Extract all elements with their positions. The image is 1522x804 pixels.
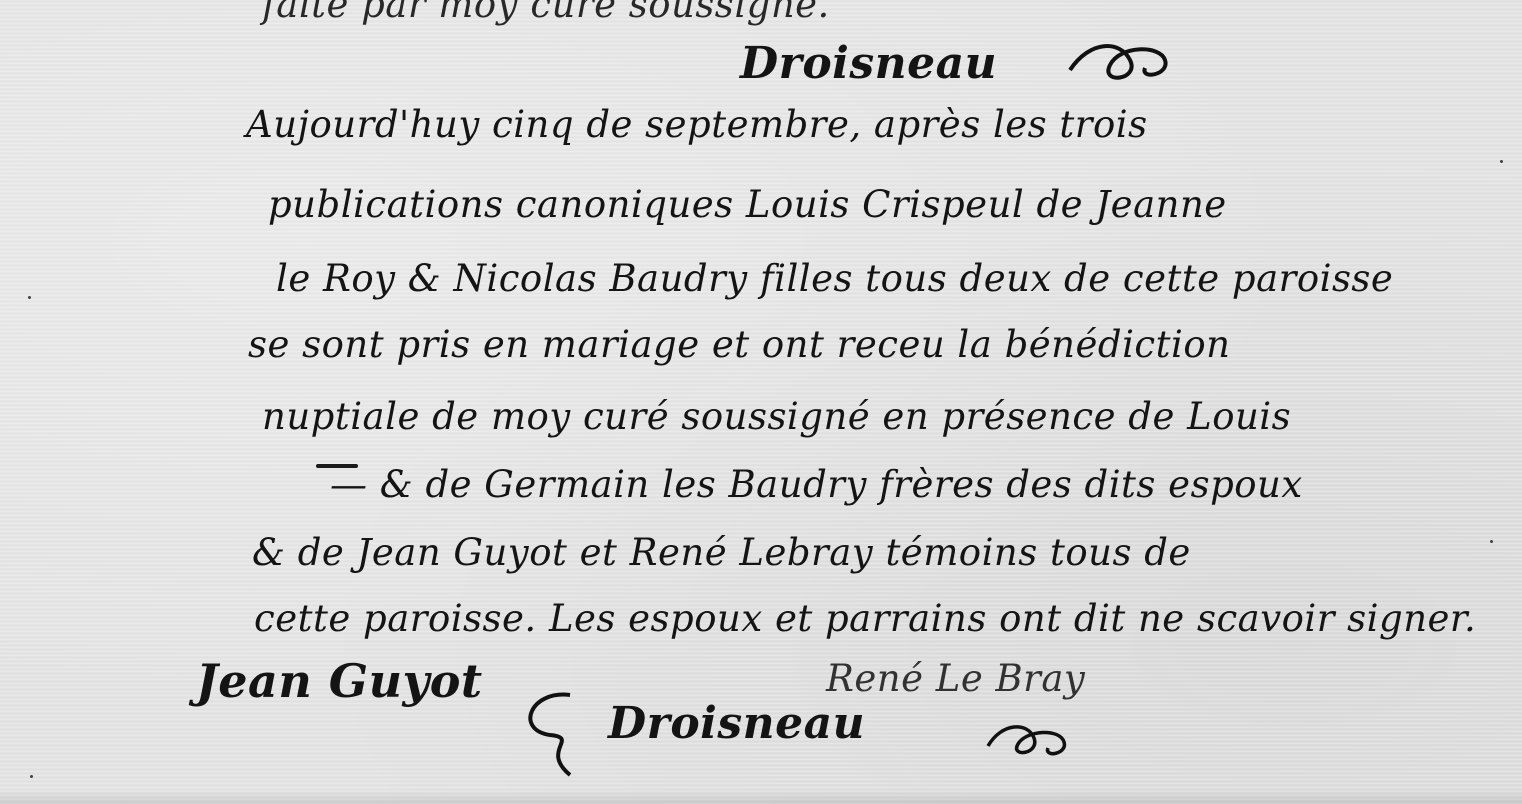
scan-edge-shadow (0, 790, 1522, 804)
ink-speck (28, 296, 31, 299)
signature-jean-guyot: Jean Guyot (196, 658, 483, 704)
top-fragment-line: faite par moy curé soussigné. (262, 0, 830, 23)
register-line-6: — & de Germain les Baudry frères des dit… (330, 466, 1303, 503)
scanned-register-page: faite par moy curé soussigné. Droisneau … (0, 0, 1522, 804)
register-line-2: publications canoniques Louis Crispeul d… (268, 186, 1227, 223)
register-line-4: se sont pris en mariage et ont receu la … (248, 326, 1230, 363)
signature-paraph-icon (1060, 30, 1180, 90)
ink-speck (1500, 160, 1503, 163)
bottom-signature-droisneau: Droisneau (608, 702, 865, 746)
register-line-8: cette paroisse. Les espoux et parrains o… (254, 600, 1476, 637)
register-line-1: Aujourd'huy cinq de septembre, après les… (246, 106, 1148, 143)
ink-speck (30, 775, 33, 778)
register-line-7: & de Jean Guyot et René Lebray témoins t… (252, 534, 1191, 571)
register-line-3: le Roy & Nicolas Baudry filles tous deux… (276, 260, 1393, 297)
register-line-5: nuptiale de moy curé soussigné en présen… (262, 398, 1291, 435)
ink-speck (1490, 540, 1493, 543)
signature-paraph-icon (980, 708, 1080, 768)
top-signature-droisneau: Droisneau (740, 42, 997, 86)
signature-rene-le-bray: René Le Bray (826, 660, 1085, 697)
